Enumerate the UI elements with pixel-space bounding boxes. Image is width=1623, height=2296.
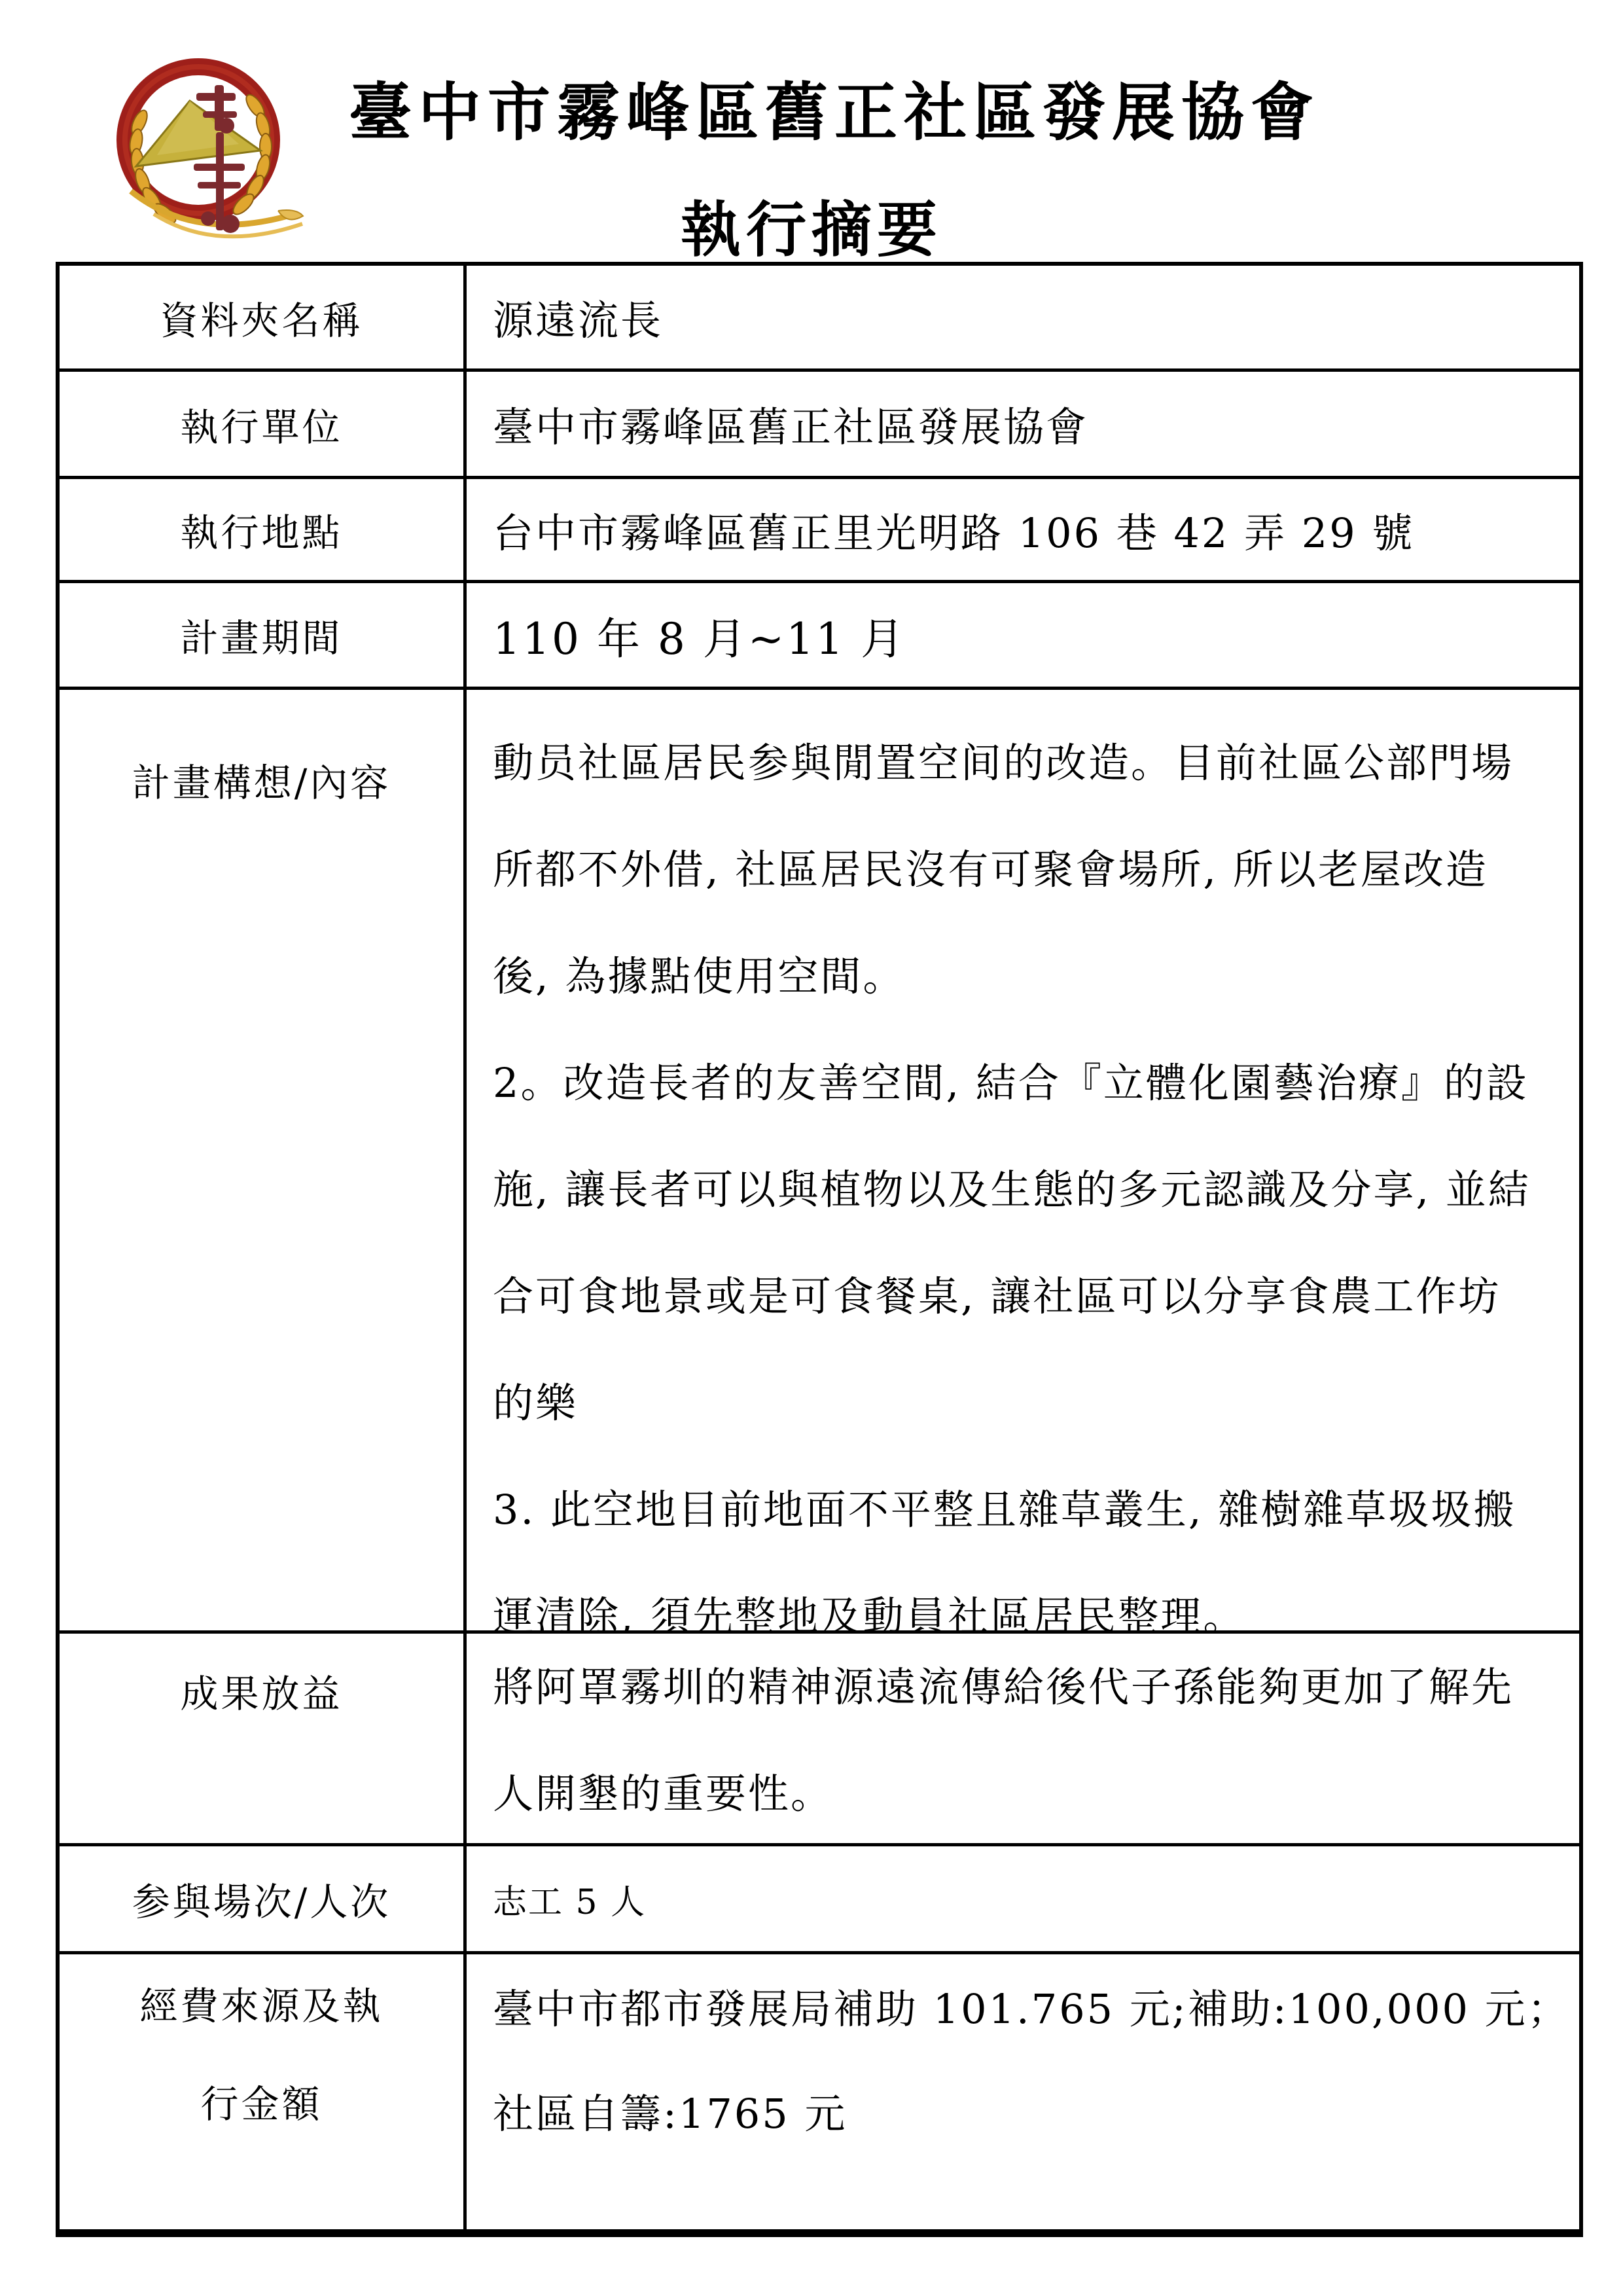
text-line: 2。改造長者的友善空間, 結合『立體化園藝治療』的設: [493, 1030, 1566, 1136]
text-line: 源遠流長: [493, 288, 1566, 346]
row-label-participation: 参與場次/人次: [60, 1846, 467, 1954]
row-label-execution-location: 執行地點: [60, 479, 467, 583]
text-line: 社區自籌:1765 元: [493, 2062, 1566, 2166]
row-label-outcome-benefit: 成果放益: [60, 1634, 467, 1846]
label-line: 經費來源及執: [139, 1957, 383, 2055]
text-line: 施, 讓長者可以與植物以及生態的多元認識及分享, 並結: [493, 1136, 1566, 1243]
text-line: 110 年 8 月~11 月: [493, 604, 1566, 666]
row-value-outcome-benefit: 將阿罩霧圳的精神源遠流傳給後代子孫能夠更加了解先 人開墾的重要性。: [467, 1634, 1579, 1846]
document-page: 臺中市霧峰區舊正社區發展協會 執行摘要 資料夾名稱 源遠流長 執行單位 臺中市霧…: [0, 0, 1623, 2296]
text-line: 臺中市都市發展局補助 101.765 元;補助:100,000 元；: [493, 1957, 1566, 2062]
row-value-executing-unit: 臺中市霧峰區舊正社區發展協會: [467, 372, 1579, 479]
text-line: 志工 5 人: [493, 1874, 1566, 1924]
text-line: 人開墾的重要性。: [493, 1740, 1566, 1846]
text-line: 合可食地景或是可食餐桌, 讓社區可以分享食農工作坊: [493, 1243, 1566, 1350]
text-line: 臺中市霧峰區舊正社區發展協會: [493, 395, 1566, 453]
row-value-funding-source: 臺中市都市發展局補助 101.765 元;補助:100,000 元； 社區自籌:…: [467, 1954, 1579, 2229]
label-line: 行金額: [200, 2055, 322, 2153]
text-line: 台中市霧峰區舊正里光明路 106 巷 42 弄 29 號: [493, 501, 1566, 559]
text-line: 後, 為據點使用空間。: [493, 923, 1566, 1030]
text-line: 3. 此空地目前地面不平整且雜草叢生, 雜樹雜草圾圾搬: [493, 1456, 1566, 1563]
row-value-participation: 志工 5 人: [467, 1846, 1579, 1954]
text-line: 的樂: [493, 1350, 1566, 1456]
row-label-project-concept: 計畫構想/內容: [60, 690, 467, 1634]
text-line: 運清除, 須先整地及動員社區居民整理。: [493, 1563, 1566, 1634]
row-value-project-concept: 動员社區居民参與閒置空间的改造。目前社區公部門場 所都不外借, 社區居民沒有可聚…: [467, 690, 1579, 1634]
text-line: 所都不外借, 社區居民沒有可聚會場所, 所以老屋改造: [493, 816, 1566, 923]
row-label-funding-source: 經費來源及執 行金額: [60, 1954, 467, 2229]
document-title: 執行摘要: [0, 182, 1623, 268]
row-label-executing-unit: 執行單位: [60, 372, 467, 479]
row-value-folder-name: 源遠流長: [467, 266, 1579, 372]
summary-table: 資料夾名稱 源遠流長 執行單位 臺中市霧峰區舊正社區發展協會 執行地點 台中市霧…: [56, 262, 1583, 2237]
row-label-project-period: 計畫期間: [60, 583, 467, 690]
row-value-project-period: 110 年 8 月~11 月: [467, 583, 1579, 690]
row-label-folder-name: 資料夾名稱: [60, 266, 467, 372]
text-line: 將阿罩霧圳的精神源遠流傳給後代子孫能夠更加了解先: [493, 1634, 1566, 1740]
text-line: 動员社區居民参與閒置空间的改造。目前社區公部門場: [493, 709, 1566, 816]
row-value-execution-location: 台中市霧峰區舊正里光明路 106 巷 42 弄 29 號: [467, 479, 1579, 583]
organization-title: 臺中市霧峰區舊正社區發展協會: [46, 63, 1623, 152]
